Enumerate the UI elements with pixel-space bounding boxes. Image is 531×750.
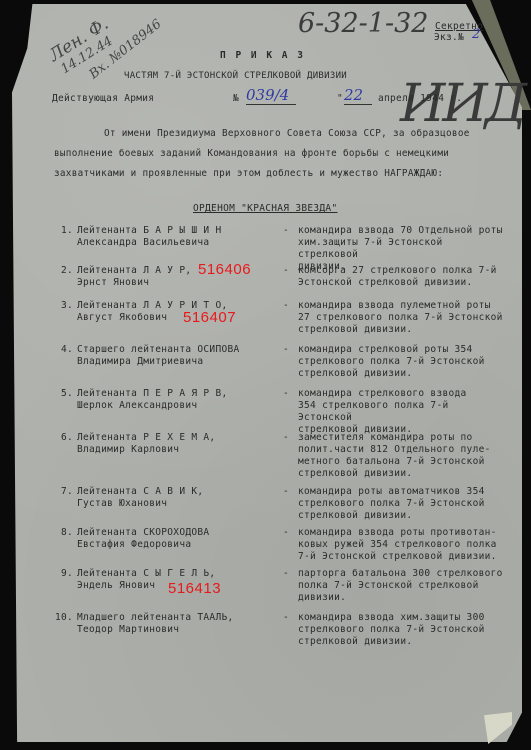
entry-given-name: Шерлок Александрович: [77, 400, 197, 411]
entry-award-id: 516407: [183, 309, 236, 326]
copy-number: 2: [472, 27, 480, 42]
entry-number: 5.: [55, 388, 73, 399]
entry-dash: -: [283, 432, 289, 443]
entry-given-name: Эрнст Янович: [77, 277, 149, 288]
entry-dash: -: [283, 612, 289, 623]
entry-number: 3.: [55, 300, 73, 311]
entry-number: 7.: [55, 486, 73, 497]
entry-number: 10.: [55, 612, 73, 623]
preamble-line3: захватчиками и проявленные при этом добл…: [54, 168, 443, 179]
order-title: П Р И К А З: [220, 50, 305, 61]
entry-dash: -: [283, 225, 289, 236]
entry-dash: -: [283, 265, 289, 276]
entry-description: командира взвода пулеметной роты 27 стре…: [298, 300, 508, 336]
copy-label: Экз.№: [434, 32, 464, 43]
entry-number: 9.: [55, 568, 73, 579]
date-rest: апреля 1944 г.: [378, 93, 462, 104]
entry-description: парторга батальона 300 стрелкового полка…: [298, 568, 508, 604]
army-label: Действующая Армия: [52, 93, 154, 104]
entry-dash: -: [283, 344, 289, 355]
preamble-line2: выполнение боевых заданий Командования н…: [54, 148, 449, 159]
entry-given-name: Август Якобович: [77, 312, 167, 323]
entry-award-id: 516413: [168, 580, 221, 597]
entry-number: 8.: [55, 527, 73, 538]
entry-given-name: Густав Юханович: [77, 498, 167, 509]
entry-dash: -: [283, 527, 289, 538]
entry-number: 6.: [55, 432, 73, 443]
archive-code: 6-32-1-32: [298, 8, 428, 39]
entry-rank-surname: Лейтенанта СКОРОХОДОВА: [77, 527, 209, 538]
entry-rank-surname: Старшего лейтенанта ОСИПОВА: [77, 344, 240, 355]
entry-given-name: Владимир Карлович: [77, 444, 179, 455]
entry-rank-surname: Младшего лейтенанта ТААЛЬ,: [77, 612, 234, 623]
entry-given-name: Теодор Мартинович: [77, 624, 179, 635]
signature: ИИД: [400, 74, 524, 134]
entry-dash: -: [283, 300, 289, 311]
entry-rank-surname: Лейтенанта С А В И К,: [77, 486, 203, 497]
order-number: 039/4: [246, 86, 296, 105]
entry-description: комсорга 27 стрелкового полка 7-й Эстонс…: [298, 265, 508, 289]
entry-award-id: 516406: [198, 261, 251, 278]
entry-description: командира стрелкового взвода 354 стрелко…: [298, 388, 508, 436]
entry-description: командира взвода роты противотан- ковых …: [298, 527, 508, 563]
entry-description: заместителя командира роты по полит.част…: [298, 432, 508, 480]
award-heading: ОРДЕНОМ "КРАСНАЯ ЗВЕЗДА": [193, 203, 337, 214]
entry-rank-surname: Лейтенанта Л А У Р,: [77, 265, 191, 276]
entry-rank-surname: Лейтенанта Р Е Х Е М А,: [77, 432, 215, 443]
preamble-line1: От имени Президиума Верховного Совета Со…: [104, 128, 470, 139]
date-day: 22: [344, 86, 372, 105]
entry-number: 2.: [55, 265, 73, 276]
entry-dash: -: [283, 388, 289, 399]
entry-description: командира стрелковой роты 354 стрелковог…: [298, 344, 508, 380]
entry-rank-surname: Лейтенанта П Е Р А Я Р В,: [77, 388, 228, 399]
entry-given-name: Владимира Дмитриевича: [77, 356, 203, 367]
entry-rank-surname: Лейтенанта Б А Р Ы Ш И Н: [77, 225, 221, 236]
entry-given-name: Эндель Янович: [77, 580, 155, 591]
order-number-label: №: [233, 93, 239, 104]
entry-rank-surname: Лейтенанта С Ы Г Е Л Ь,: [77, 568, 215, 579]
entry-number: 4.: [55, 344, 73, 355]
entry-given-name: Евстафия Федоровича: [77, 539, 191, 550]
date-quote: ": [337, 93, 343, 104]
order-subtitle: ЧАСТЯМ 7-Й ЭСТОНСКОЙ СТРЕЛКОВОЙ ДИВИЗИИ: [124, 71, 347, 81]
entry-description: командира взвода хим.защиты 300 стрелков…: [298, 612, 508, 648]
entry-number: 1.: [55, 225, 73, 236]
entry-description: командира роты автоматчиков 354 стрелков…: [298, 486, 508, 522]
entry-given-name: Александра Васильевича: [77, 237, 209, 248]
entry-dash: -: [283, 568, 289, 579]
entry-dash: -: [283, 486, 289, 497]
